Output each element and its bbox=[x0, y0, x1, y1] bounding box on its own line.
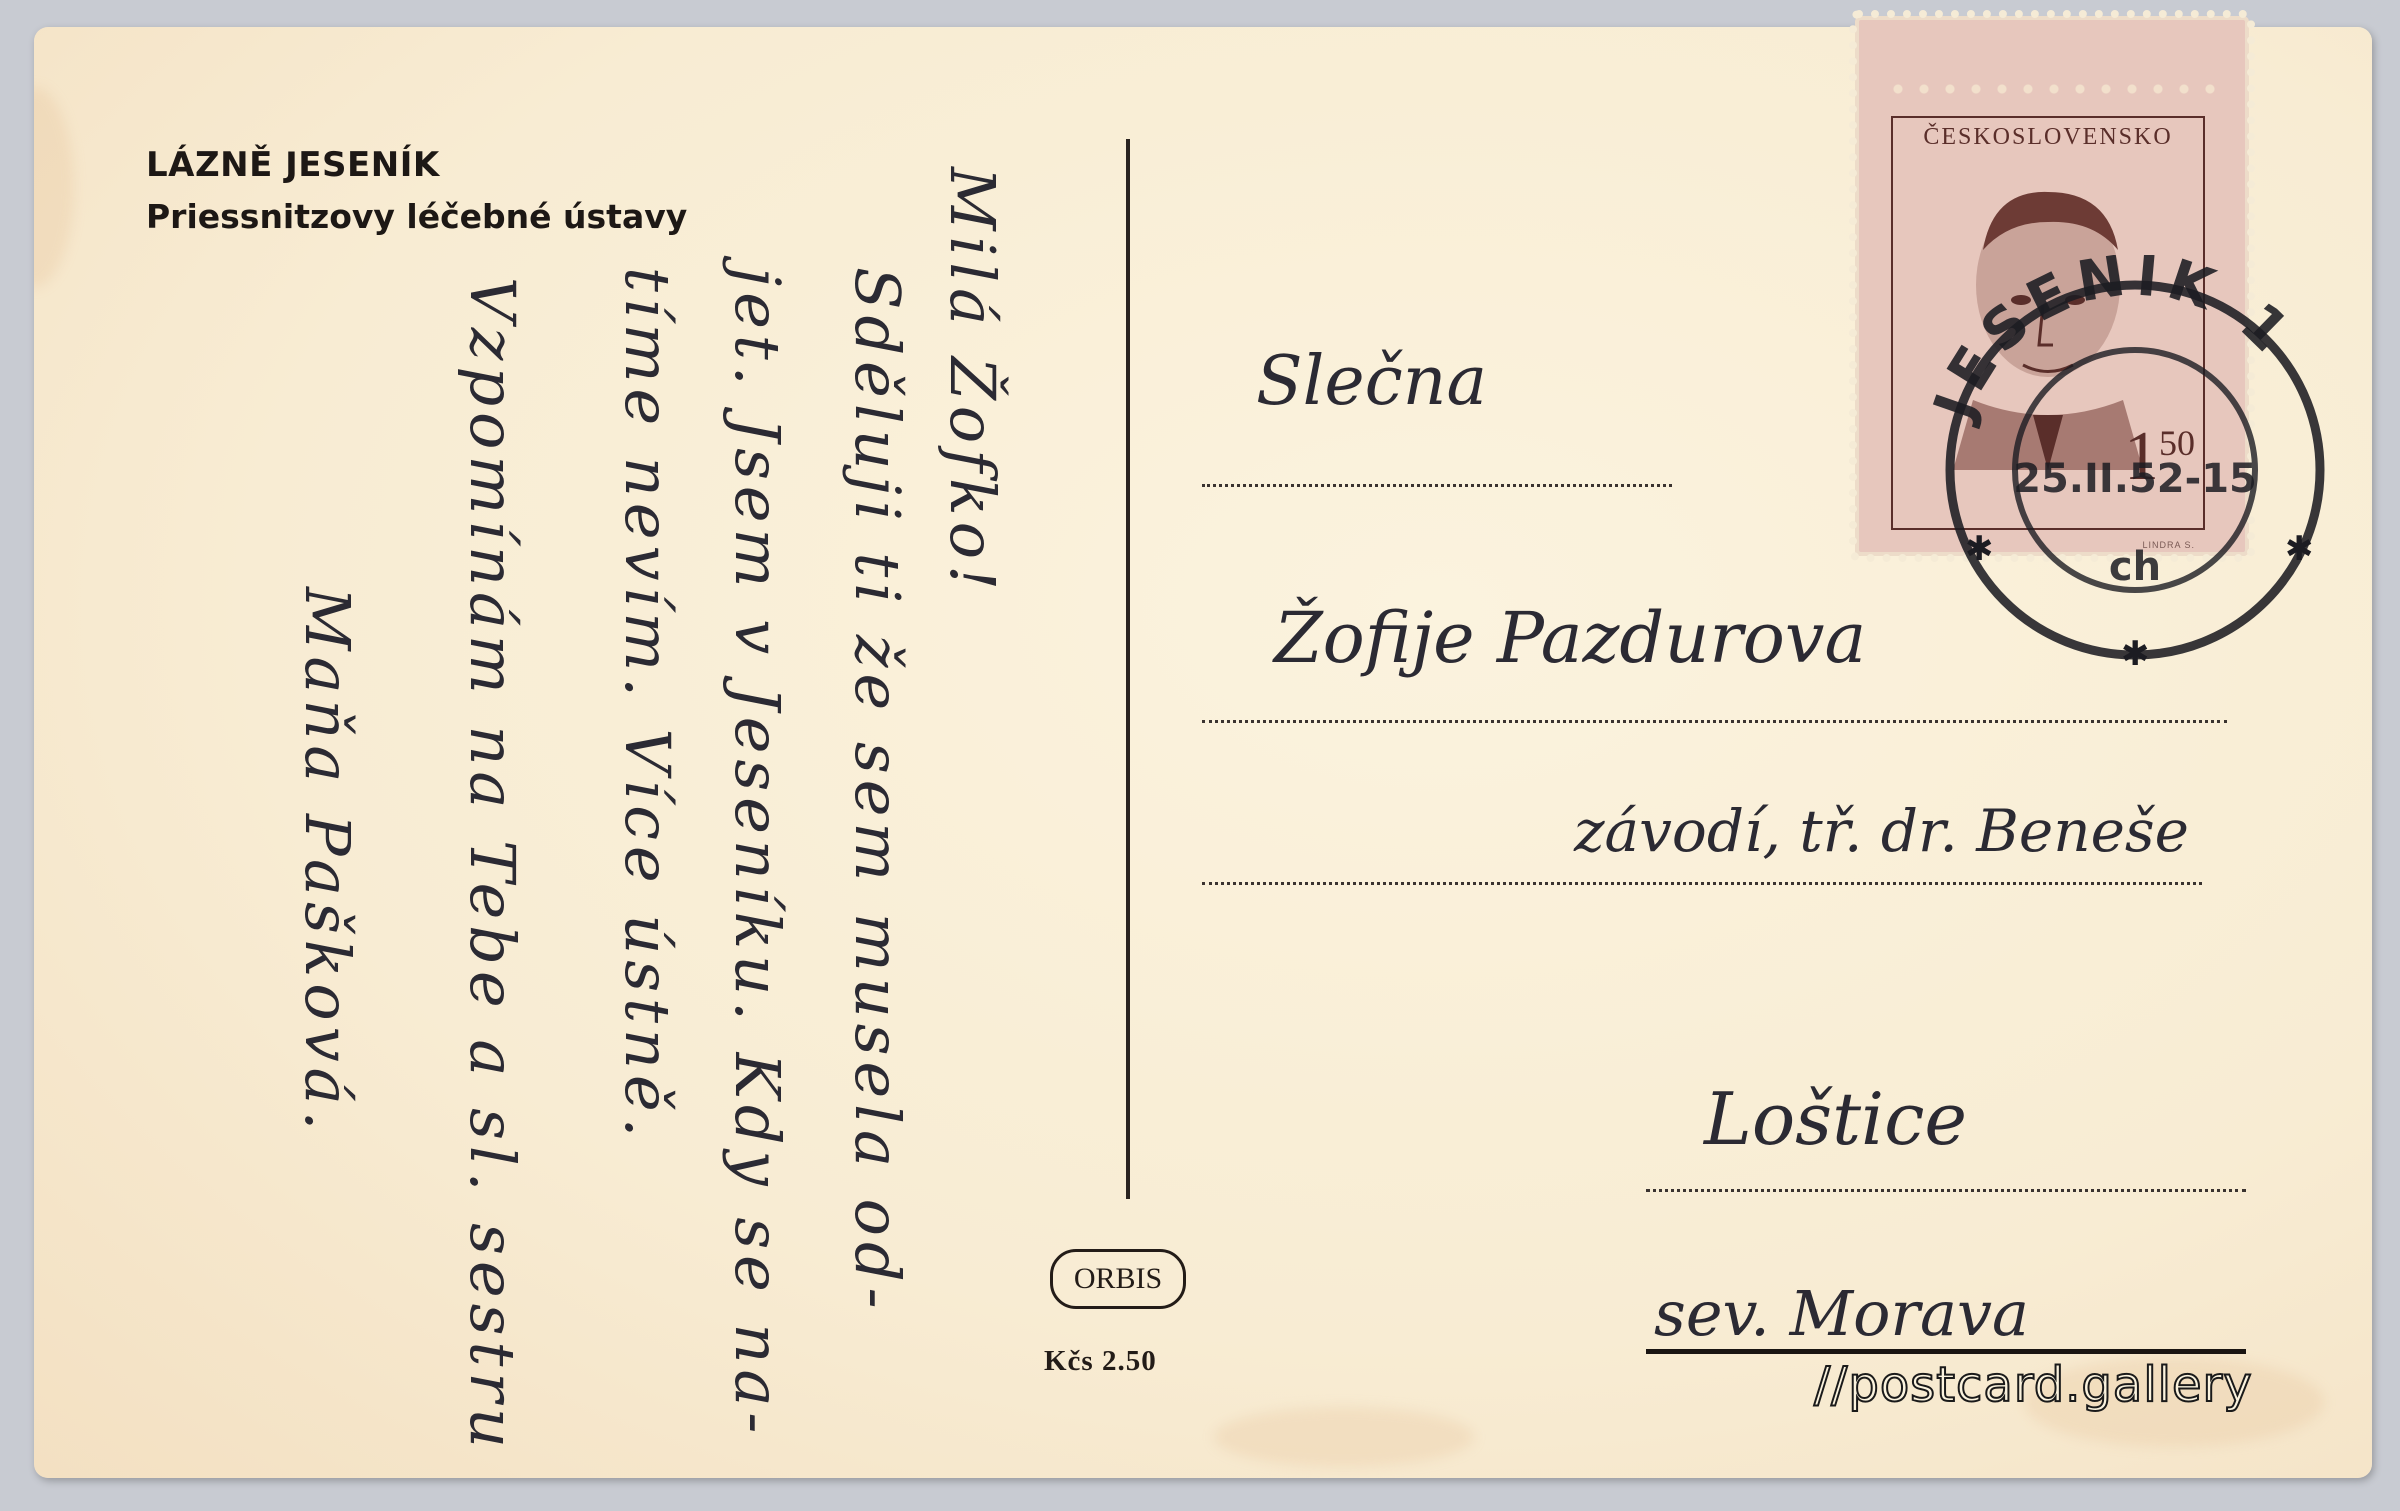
message-line: Vzpomínám na Tebe a sl. sestru bbox=[456, 277, 529, 1454]
message-line: Milá Žofko! bbox=[936, 167, 1009, 596]
address-line bbox=[1646, 1189, 2246, 1192]
address-name: Žofije Pazdurova bbox=[1274, 597, 1866, 679]
address-region: sev. Morava bbox=[1654, 1277, 2029, 1350]
message-line: tíme nevím. Více ústně. bbox=[611, 267, 684, 1143]
orbis-logo: ORBIS bbox=[1050, 1249, 1186, 1309]
stamp-country: ČESKOSLOVENSKO bbox=[1893, 124, 2203, 151]
stamp-engraver: LINDRA S. bbox=[2142, 540, 2195, 550]
publisher-title: LÁZNĚ JESENÍK bbox=[146, 145, 440, 185]
address-line bbox=[1202, 484, 1672, 487]
stamp-value: 150 bbox=[2124, 422, 2195, 492]
publisher-subtitle: Priessnitzovy léčebné ústavy bbox=[146, 197, 687, 236]
portrait-icon bbox=[1953, 180, 2143, 470]
address-town: Loštice bbox=[1704, 1077, 1967, 1161]
address-salutation: Slečna bbox=[1256, 342, 1487, 421]
message-line: jet. Jsem v Jeseníku. Kdy se na- bbox=[721, 267, 794, 1439]
signature: Maňa Pašková. bbox=[291, 587, 364, 1136]
address-underline bbox=[1646, 1349, 2246, 1354]
postage-stamp: ČESKOSLOVENSKO 150 LINDRA S. bbox=[1855, 16, 2249, 556]
stain bbox=[34, 87, 74, 287]
price-label: Kčs 2.50 bbox=[1044, 1345, 1157, 1378]
stain bbox=[1214, 1407, 1474, 1467]
address-line bbox=[1202, 720, 2227, 723]
address-street: závodí, tř. dr. Beneše bbox=[1574, 797, 2189, 865]
message-line: Sděluji ti že sem musela od- bbox=[841, 267, 914, 1315]
address-line bbox=[1202, 882, 2202, 885]
stamp-perforation bbox=[1885, 82, 2219, 96]
watermark: //postcard.gallery bbox=[1814, 1357, 2253, 1413]
divider-line bbox=[1126, 139, 1130, 1199]
stamp-frame: ČESKOSLOVENSKO 150 LINDRA S. bbox=[1891, 116, 2205, 530]
